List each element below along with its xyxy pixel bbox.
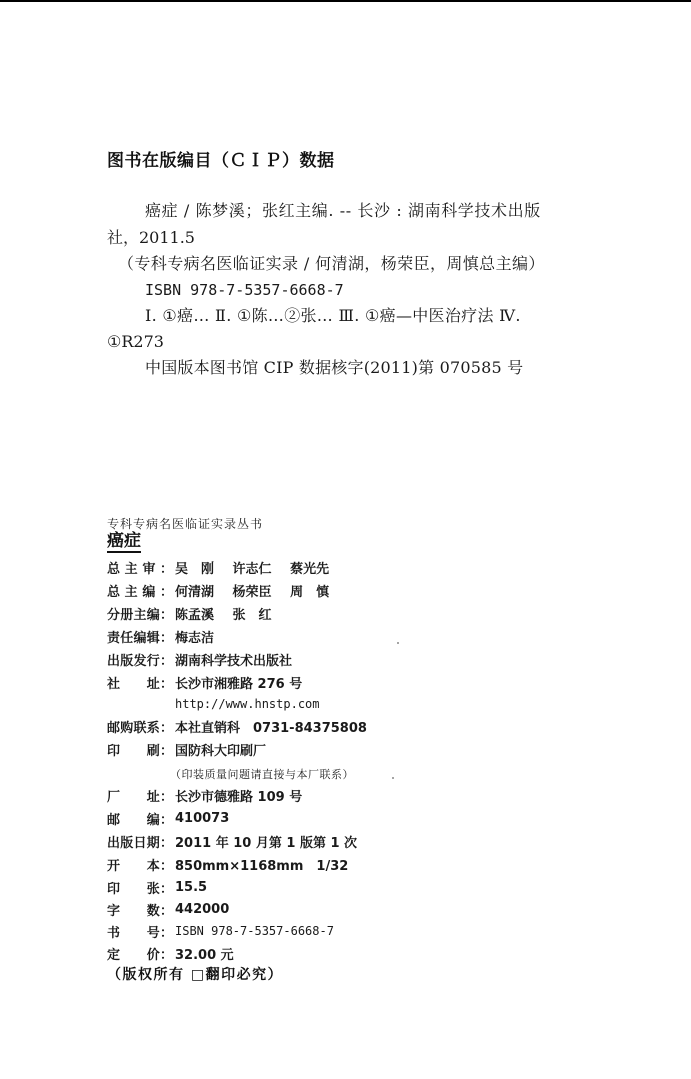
editor-name: 陈孟溪 bbox=[175, 608, 214, 623]
label-sheets: 印 张： bbox=[107, 878, 173, 897]
label-volume-editors: 分册主编： bbox=[107, 604, 173, 623]
row-mail-order: 邮购联系： 本社直销科 0731-84375808 bbox=[107, 716, 367, 736]
printer-note: （印装质量问题请直接与本厂联系） bbox=[170, 766, 354, 782]
label-format: 开 本： bbox=[107, 855, 173, 874]
value-book-number: ISBN 978-7-5357-6668-7 bbox=[175, 924, 334, 938]
value-volume-editors: 陈孟溪 张 红 bbox=[175, 604, 286, 623]
label-chief-reviewers: 总主审： bbox=[107, 558, 173, 577]
row-chief-reviewers: 总主审： 吴 刚 许志仁 蔡光先 bbox=[107, 557, 343, 577]
row-price: 定 价： 32.00 元 bbox=[107, 943, 234, 963]
value-factory-address: 长沙市德雅路 109 号 bbox=[175, 786, 302, 805]
editor-name: 周 慎 bbox=[290, 585, 329, 600]
cip-line-title-authors: 癌症 / 陈梦溪；张红主编. -- 长沙 : 湖南科学技术出版 bbox=[145, 201, 541, 221]
cip-heading: 图书在版编目（ＣＩＰ）数据 bbox=[107, 146, 335, 171]
row-publisher-address: 社 址： 长沙市湘雅路 276 号 bbox=[107, 672, 302, 692]
label-factory-address: 厂 址： bbox=[107, 786, 173, 805]
reviewer-name: 吴 刚 bbox=[175, 562, 214, 577]
editor-name: 杨荣臣 bbox=[233, 585, 272, 600]
value-price: 32.00 元 bbox=[175, 944, 234, 963]
label-book-number: 书 号： bbox=[107, 922, 173, 941]
cip-line-subjects: Ⅰ. ①癌… Ⅱ. ①陈…②张… Ⅲ. ①癌—中医治疗法 Ⅳ. bbox=[145, 306, 521, 326]
row-responsible-editor: 责任编辑： 梅志洁 bbox=[107, 626, 214, 646]
value-publisher-address: 长沙市湘雅路 276 号 bbox=[175, 673, 302, 692]
editor-name: 张 红 bbox=[233, 608, 272, 623]
label-publisher-address: 社 址： bbox=[107, 673, 173, 692]
value-chief-reviewers: 吴 刚 许志仁 蔡光先 bbox=[175, 558, 343, 577]
label-postcode: 邮 编： bbox=[107, 809, 173, 828]
value-format: 850mm×1168mm 1/32 bbox=[175, 855, 348, 874]
value-sheets: 15.5 bbox=[175, 880, 207, 895]
row-publisher: 出版发行： 湖南科学技术出版社 bbox=[107, 649, 292, 669]
row-volume-editors: 分册主编： 陈孟溪 张 红 bbox=[107, 603, 286, 623]
row-printer: 印 刷： 国防科大印刷厂 bbox=[107, 739, 266, 759]
value-chief-editors: 何清湖 杨荣臣 周 慎 bbox=[175, 581, 343, 600]
value-printer: 国防科大印刷厂 bbox=[175, 740, 266, 759]
editor-name: 何清湖 bbox=[175, 585, 214, 600]
value-postcode: 410073 bbox=[175, 811, 229, 826]
label-publisher: 出版发行： bbox=[107, 650, 173, 669]
row-word-count: 字 数： 442000 bbox=[107, 899, 229, 919]
label-mail-order: 邮购联系： bbox=[107, 717, 173, 736]
row-sheets: 印 张： 15.5 bbox=[107, 877, 207, 897]
label-printer: 印 刷： bbox=[107, 740, 173, 759]
cip-line-classification: ①R273 bbox=[107, 332, 164, 352]
value-publish-date: 2011 年 10 月第 1 版第 1 次 bbox=[175, 832, 357, 851]
row-publish-date: 出版日期： 2011 年 10 月第 1 版第 1 次 bbox=[107, 831, 357, 851]
value-mail-order: 本社直销科 0731-84375808 bbox=[175, 717, 367, 736]
value-responsible-editor: 梅志洁 bbox=[175, 627, 214, 646]
label-price: 定 价： bbox=[107, 944, 173, 963]
scan-speck bbox=[397, 642, 399, 644]
cip-line-publisher-date: 社，2011.5 bbox=[107, 228, 195, 248]
label-chief-editors: 总主编： bbox=[107, 581, 173, 600]
row-chief-editors: 总主编： 何清湖 杨荣臣 周 慎 bbox=[107, 580, 343, 600]
series-name: 专科专病名医临证实录丛书 bbox=[107, 515, 263, 532]
label-publish-date: 出版日期： bbox=[107, 832, 173, 851]
value-word-count: 442000 bbox=[175, 902, 229, 917]
publisher-website: http://www.hnstp.com bbox=[175, 697, 320, 711]
row-factory-address: 厂 址： 长沙市德雅路 109 号 bbox=[107, 785, 302, 805]
row-book-number: 书 号： ISBN 978-7-5357-6668-7 bbox=[107, 921, 334, 941]
cip-line-series: （专科专病名医临证实录 / 何清湖，杨荣臣，周慎总主编） bbox=[118, 254, 545, 274]
cip-line-isbn: ISBN 978-7-5357-6668-7 bbox=[145, 280, 344, 300]
label-responsible-editor: 责任编辑： bbox=[107, 627, 173, 646]
reviewer-name: 蔡光先 bbox=[290, 562, 329, 577]
row-format: 开 本： 850mm×1168mm 1/32 bbox=[107, 854, 348, 874]
row-postcode: 邮 编： 410073 bbox=[107, 808, 229, 828]
value-publisher: 湖南科学技术出版社 bbox=[175, 650, 292, 669]
copyright-notice: （版权所有 □翻印必究） bbox=[107, 964, 283, 984]
scan-speck bbox=[392, 777, 394, 779]
cip-line-record-number: 中国版本图书馆 CIP 数据核字(2011)第 070585 号 bbox=[145, 358, 523, 378]
reviewer-name: 许志仁 bbox=[233, 562, 272, 577]
label-word-count: 字 数： bbox=[107, 900, 173, 919]
top-border-rule bbox=[0, 0, 691, 2]
book-title: 癌症 bbox=[107, 532, 141, 553]
